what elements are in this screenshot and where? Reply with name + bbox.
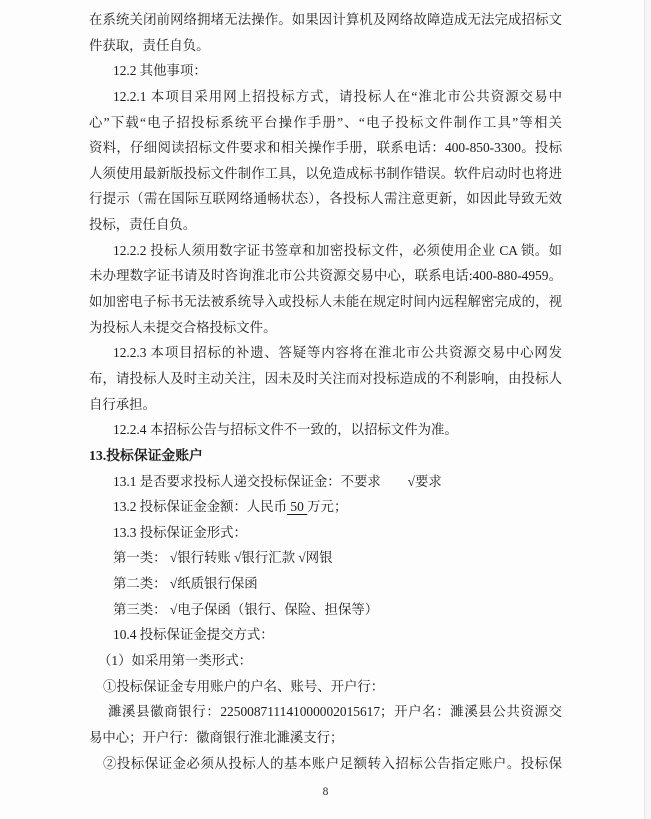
document-page: 在系统关闭前网络拥堵无法操作。如果因计算机及网络故障造成无法完成招标文件获取，责… <box>0 0 651 819</box>
doc-line: 13.1 是否要求投标人递交投标保证金：不要求 √要求 <box>89 469 562 495</box>
doc-line: 濉溪县徽商银行：225008711141000002015617；开户名：濉溪县… <box>89 699 562 725</box>
doc-line: 12.2.4 本招标公告与招标文件不一致的，以招标文件为准。 <box>89 417 562 443</box>
text-segment: 万元； <box>307 499 347 514</box>
page-edge-shadow <box>644 0 651 819</box>
doc-line: 10.4 投标保证金提交方式： <box>89 622 562 648</box>
doc-line: 13.2 投标保证金金额：人民币 50 万元； <box>89 494 562 520</box>
doc-line: 13.投标保证金账户 <box>89 443 562 469</box>
doc-line: 心”下载“电子招投标系统平台操作手册”、“电子投标文件制作工具”等相关 <box>89 110 562 136</box>
doc-line: 12.2 其他事项： <box>89 58 562 84</box>
doc-line: 行提示（需在国际互联网络通畅状态），各投标人需注意更新，如因此导致无效 <box>89 186 562 212</box>
doc-line: 在系统关闭前网络拥堵无法操作。如果因计算机及网络故障造成无法完成招标文 <box>89 7 562 33</box>
doc-line: 为投标人未提交合格投标文件。 <box>89 315 562 341</box>
doc-line: ②投标保证金必须从投标人的基本账户足额转入招标公告指定账户。投标保 <box>89 751 562 777</box>
doc-line: 第二类： √纸质银行保函 <box>89 571 562 597</box>
doc-line: 人须使用最新版投标文件制作工具，以免造成标书制作错误。软件启动时也将进 <box>89 161 562 187</box>
doc-line: 12.2.2 投标人须用数字证书签章和加密投标文件，必须使用企业 CA 锁。如 <box>89 238 562 264</box>
doc-line: 如加密电子标书无法被系统导入或投标人未能在规定时间内远程解密完成的，视 <box>89 289 562 315</box>
underlined-value: 50 <box>287 499 307 514</box>
doc-line: 自行承担。 <box>89 392 562 418</box>
doc-line: （1）如采用第一类形式： <box>89 648 562 674</box>
doc-line: 投标，责任自负。 <box>89 212 562 238</box>
doc-line: 易中心；开户行：徽商银行淮北濉溪支行； <box>89 725 562 751</box>
text-block: 在系统关闭前网络拥堵无法操作。如果因计算机及网络故障造成无法完成招标文件获取，责… <box>89 7 562 776</box>
doc-line: 布，请投标人及时主动关注，因未及时关注而对投标造成的不利影响，由投标人 <box>89 366 562 392</box>
doc-line: 未办理数字证书请及时咨询淮北市公共资源交易中心，联系电话:400-880-495… <box>89 263 562 289</box>
doc-line: 第三类： √电子保函（银行、保险、担保等） <box>89 597 562 623</box>
doc-line: 件获取，责任自负。 <box>89 33 562 59</box>
text-segment: 13.2 投标保证金金额：人民币 <box>113 499 287 514</box>
doc-line: 13.3 投标保证金形式： <box>89 520 562 546</box>
doc-line: ①投标保证金专用账户的户名、账号、开户行： <box>89 674 562 700</box>
doc-line: 资料，仔细阅读招标文件要求和相关操作手册，联系电话：400-850-3300。投… <box>89 135 562 161</box>
doc-line: 第一类： √银行转账 √银行汇款 √网银 <box>89 545 562 571</box>
doc-line: 12.2.3 本项目招标的补遗、答疑等内容将在淮北市公共资源交易中心网发 <box>89 340 562 366</box>
page-number: 8 <box>0 786 651 798</box>
doc-line: 12.2.1 本项目采用网上招投标方式，请投标人在“淮北市公共资源交易中 <box>89 84 562 110</box>
